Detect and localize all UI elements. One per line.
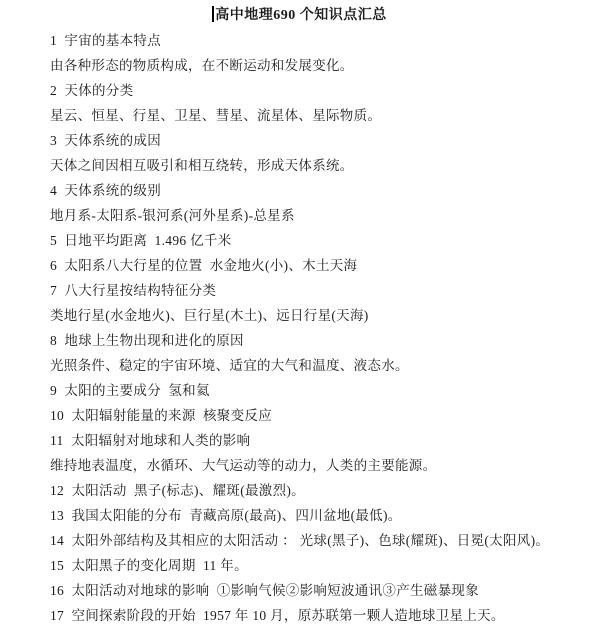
doc-line[interactable]: 13 我国太阳能的分布 青藏高原(最高)、四川盆地(最低)。 <box>50 503 585 528</box>
document-title[interactable]: 高中地理690 个知识点汇总 <box>215 8 387 23</box>
doc-line[interactable]: 14 太阳外部结构及其相应的太阳活动 ： 光球(黑子)、色球(耀斑)、日冕(太阳… <box>50 528 585 553</box>
doc-line[interactable]: 11 太阳辐射对地球和人类的影响 <box>50 428 585 453</box>
doc-line[interactable]: 维持地表温度，水循环、大气运动等的动力，人类的主要能源。 <box>50 453 585 478</box>
doc-line[interactable]: 由各种形态的物质构成，在不断运动和发展变化。 <box>50 53 585 78</box>
text-cursor-caret <box>212 6 214 22</box>
doc-line[interactable]: 12 太阳活动 黑子(标志)、耀斑(最激烈)。 <box>50 478 585 503</box>
doc-line[interactable]: 16 太阳活动对地球的影响 ①影响气候②影响短波通讯③产生磁暴现象 <box>50 578 585 603</box>
doc-line[interactable]: 15 太阳黑子的变化周期 11 年。 <box>50 553 585 578</box>
doc-line[interactable]: 光照条件、稳定的宇宙环境、适宜的大气和温度、液态水。 <box>50 353 585 378</box>
doc-line[interactable]: 8 地球上生物出现和进化的原因 <box>50 328 585 353</box>
doc-line[interactable]: 10 太阳辐射能量的来源 核聚变反应 <box>50 403 585 428</box>
document-page[interactable]: 高中地理690 个知识点汇总 1 宇宙的基本特点 由各种形态的物质构成，在不断运… <box>0 0 599 631</box>
doc-line[interactable]: 地月系-太阳系-银河系(河外星系)-总星系 <box>50 203 585 228</box>
doc-line[interactable]: 17 空间探索阶段的开始 1957 年 10 月，原苏联第一颗人造地球卫星上天。 <box>50 603 585 628</box>
document-body: 1 宇宙的基本特点 由各种形态的物质构成，在不断运动和发展变化。 2 天体的分类… <box>50 28 585 628</box>
document-title-row: 高中地理690 个知识点汇总 <box>0 4 599 28</box>
doc-line[interactable]: 类地行星(水金地火)、巨行星(木土)、远日行星(天海) <box>50 303 585 328</box>
doc-line[interactable]: 3 天体系统的成因 <box>50 128 585 153</box>
doc-line[interactable]: 6 太阳系八大行星的位置 水金地火(小)、木土天海 <box>50 253 585 278</box>
doc-line[interactable]: 5 日地平均距离 1.496 亿千米 <box>50 228 585 253</box>
doc-line[interactable]: 9 太阳的主要成分 氢和氦 <box>50 378 585 403</box>
doc-line[interactable]: 4 天体系统的级别 <box>50 178 585 203</box>
doc-line[interactable]: 天体之间因相互吸引和相互绕转，形成天体系统。 <box>50 153 585 178</box>
doc-line[interactable]: 星云、恒星、行星、卫星、彗星、流星体、星际物质。 <box>50 103 585 128</box>
doc-line[interactable]: 2 天体的分类 <box>50 78 585 103</box>
doc-line[interactable]: 7 八大行星按结构特征分类 <box>50 278 585 303</box>
doc-line[interactable]: 1 宇宙的基本特点 <box>50 28 585 53</box>
